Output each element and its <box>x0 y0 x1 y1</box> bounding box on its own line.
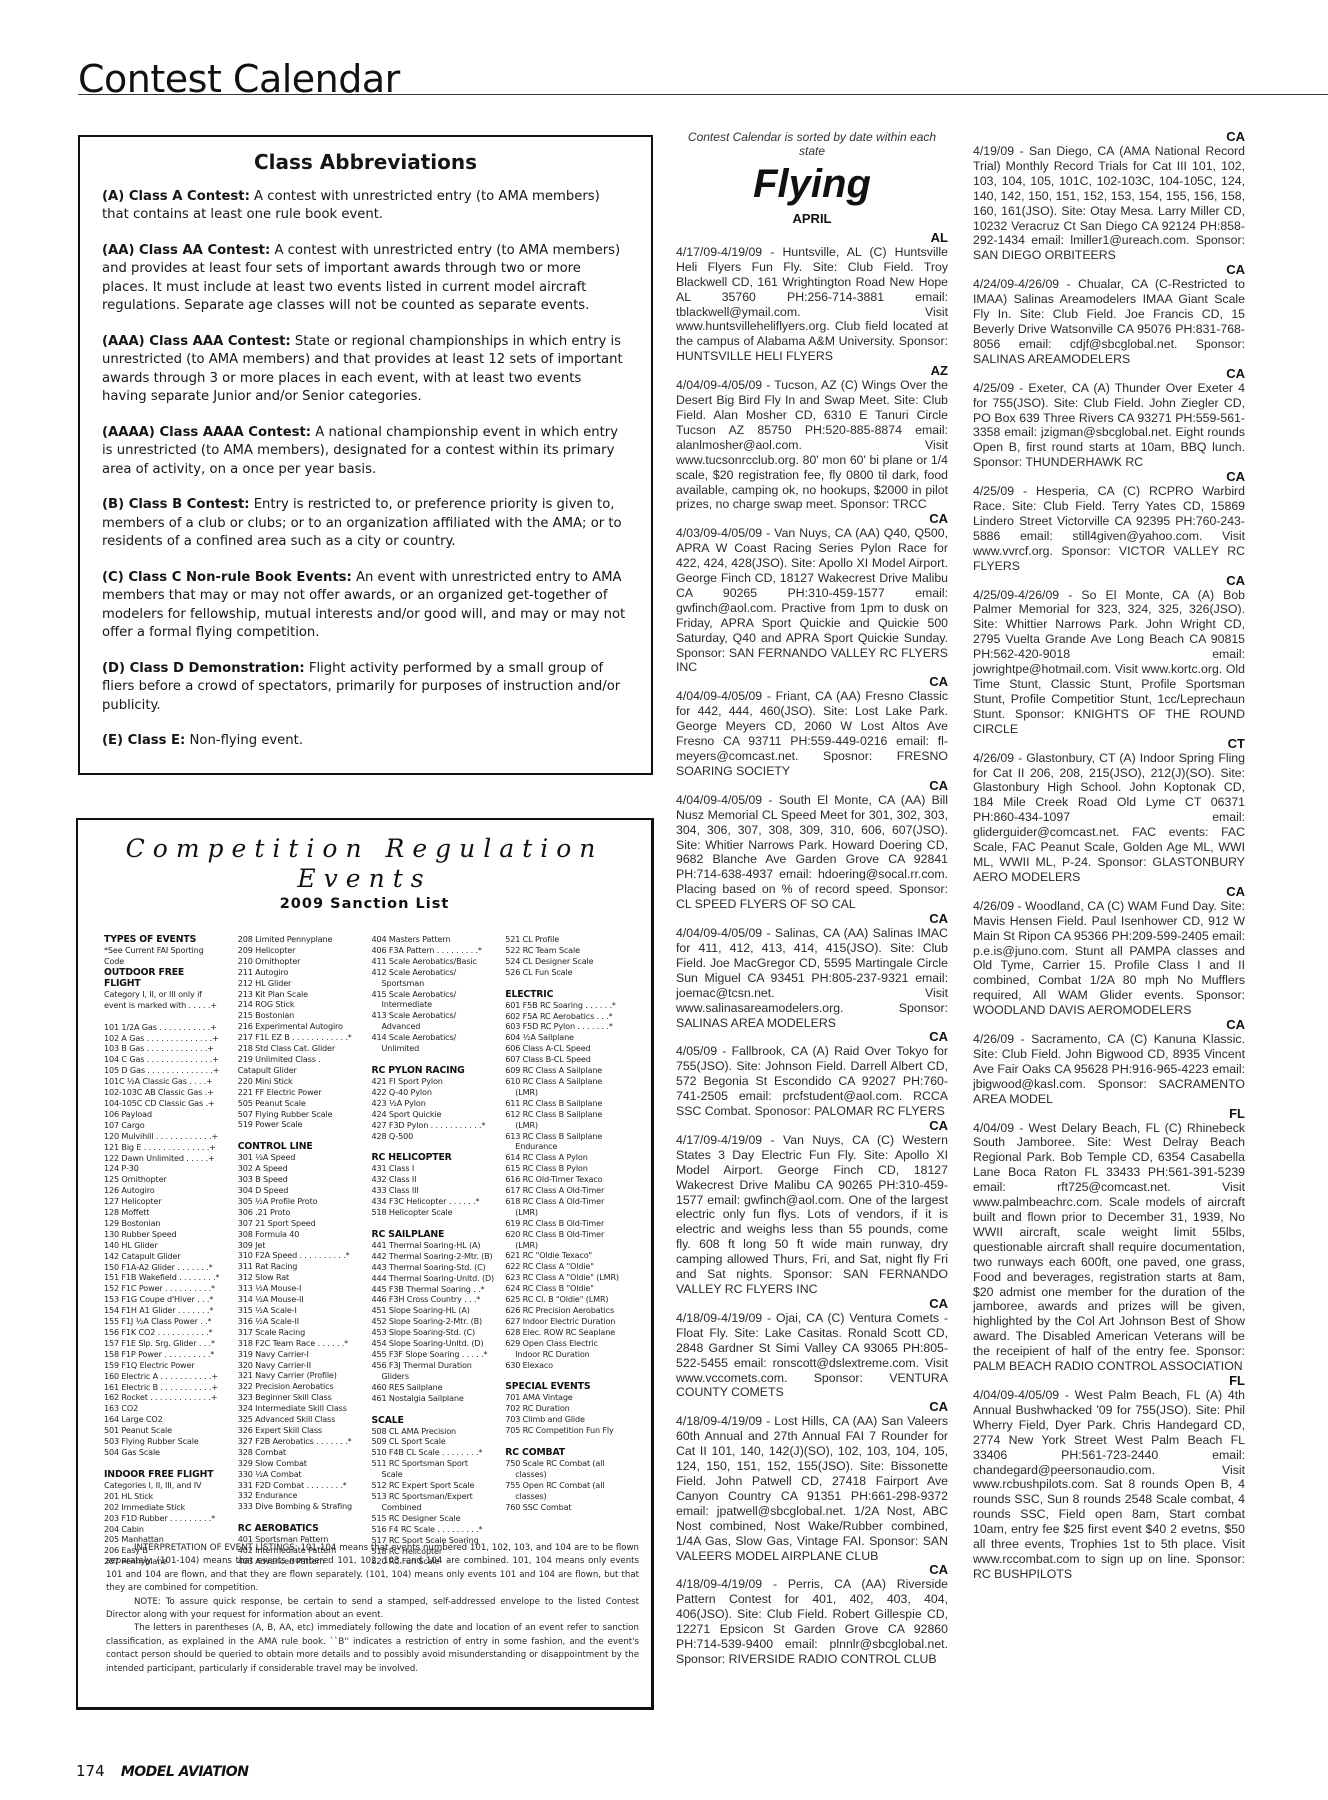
event-item: 130 Rubber Speed <box>104 1229 238 1240</box>
event-item: 326 Expert Skill Class <box>238 1425 372 1436</box>
sanction-list-columns: TYPES OF EVENTS*See Current FAI Sporting… <box>90 934 639 1567</box>
contest-entry-text: 4/18/09-4/19/09 - Ojai, CA (C) Ventura C… <box>676 1311 948 1400</box>
event-item: 622 RC Class A "Oldie" <box>505 1261 639 1272</box>
event-item: 321 Navy Carrier (Profile) <box>238 1370 372 1381</box>
event-item: 156 F1K CO2 . . . . . . . . . . .* <box>104 1327 238 1338</box>
contest-listing: CT4/26/09 - Glastonbury, CT (A) Indoor S… <box>973 737 1245 885</box>
event-listing-notes: INTERPRETATION OF EVENT LISTINGS: 101-10… <box>106 1542 639 1676</box>
contest-listing: CA4/25/09 - Hesperia, CA (C) RCPRO Warbi… <box>973 470 1245 573</box>
listings-column-right: CA4/19/09 - San Diego, CA (AMA National … <box>973 130 1245 1582</box>
event-item: Scale <box>372 1469 506 1480</box>
spacer <box>104 1458 238 1469</box>
event-category-heading: RC PYLON RACING <box>372 1065 506 1076</box>
event-item: classes) <box>505 1491 639 1502</box>
event-item: 625 RC Cl. B "Oldie" (LMR) <box>505 1294 639 1305</box>
event-item: 310 F2A Speed . . . . . . . . . .* <box>238 1250 372 1261</box>
event-item: 431 Class I <box>372 1163 506 1174</box>
state-label: CA <box>676 512 948 526</box>
event-item: 618 RC Class A Old-Timer <box>505 1196 639 1207</box>
contest-entry-text: 4/19/09 - San Diego, CA (AMA National Re… <box>973 144 1245 263</box>
note-paragraph: NOTE: To assure quick response, be certa… <box>106 1596 639 1623</box>
event-item: 209 Helicopter <box>238 945 372 956</box>
spacer <box>372 1404 506 1415</box>
event-item: 413 Scale Aerobatics/ <box>372 1010 506 1021</box>
event-item: 159 F1Q Electric Power <box>104 1360 238 1371</box>
class-term: (C) Class C Non-rule Book Events: <box>102 570 352 585</box>
state-label: CA <box>676 1119 948 1133</box>
contest-entry-text: 4/25/09-4/26/09 - So El Monte, CA (A) Bo… <box>973 588 1245 737</box>
event-item: 215 Bostonian <box>238 1010 372 1021</box>
class-term: (A) Class A Contest: <box>102 189 250 204</box>
event-category-heading: INDOOR FREE FLIGHT <box>104 1469 238 1480</box>
class-abbreviation-item: (AAAA) Class AAAA Contest: A national ch… <box>102 424 629 480</box>
event-item: 103 B Gas . . . . . . . . . . . . .+ <box>104 1043 238 1054</box>
event-item: 434 F3C Helicopter . . . . . .* <box>372 1196 506 1207</box>
contest-entry-text: 4/04/09-4/05/09 - Tucson, AZ (C) Wings O… <box>676 378 948 512</box>
event-item: 404 Masters Pattern <box>372 934 506 945</box>
contest-listing: CA4/18/09-4/19/09 - Perris, CA (AA) Rive… <box>676 1563 948 1666</box>
event-item: 512 RC Expert Sport Scale <box>372 1480 506 1491</box>
event-item: 613 RC Class B Sailplane <box>505 1131 639 1142</box>
event-item: 432 Class II <box>372 1174 506 1185</box>
event-item: 217 F1L EZ B . . . . . . . . . . . .* <box>238 1032 372 1043</box>
class-term: (AAA) Class AAA Contest: <box>102 334 291 349</box>
event-item: 623 RC Class A "Oldie" (LMR) <box>505 1272 639 1283</box>
event-item: 510 F4B CL Scale . . . . . . . .* <box>372 1447 506 1458</box>
contest-listing: CA4/03/09-4/05/09 - Van Nuys, CA (AA) Q4… <box>676 512 948 675</box>
contest-listing: CA4/04/09-4/05/09 - Friant, CA (AA) Fres… <box>676 675 948 778</box>
event-category-heading: ELECTRIC <box>505 989 639 1000</box>
event-item: 153 F1G Coupe d'Hiver . . .* <box>104 1294 238 1305</box>
event-category-heading: RC COMBAT <box>505 1447 639 1458</box>
listings-column-middle: Contest Calendar is sorted by date withi… <box>676 130 948 1667</box>
event-item: 330 ½A Combat <box>238 1469 372 1480</box>
event-item: 619 RC Class B Old-Timer <box>505 1218 639 1229</box>
state-label: CA <box>676 1563 948 1577</box>
class-abbreviation-item: (AA) Class AA Contest: A contest with un… <box>102 242 629 316</box>
state-label: CA <box>676 912 948 926</box>
event-item: 526 CL Fun Scale <box>505 967 639 978</box>
event-item: Categories I, II, III, and IV <box>104 1480 238 1491</box>
event-item: 319 Navy Carrier-I <box>238 1349 372 1360</box>
event-item: 415 Scale Aerobatics/ <box>372 989 506 1000</box>
event-item: 701 AMA Vintage <box>505 1392 639 1403</box>
contest-entry-text: 4/04/09-4/05/09 - Friant, CA (AA) Fresno… <box>676 689 948 778</box>
event-item: 306 .21 Proto <box>238 1207 372 1218</box>
contest-entry-text: 4/25/09 - Exeter, CA (A) Thunder Over Ex… <box>973 381 1245 470</box>
contest-entry-text: 4/17/09-4/19/09 - Van Nuys, CA (C) Weste… <box>676 1133 948 1297</box>
event-item: 151 F1B Wakefield . . . . . . . .* <box>104 1272 238 1283</box>
state-label: AZ <box>676 364 948 378</box>
event-item: 324 Intermediate Skill Class <box>238 1403 372 1414</box>
event-item: Gliders <box>372 1371 506 1382</box>
contest-entry-text: 4/26/09 - Sacramento, CA (C) Kanuna Klas… <box>973 1032 1245 1107</box>
event-item: 154 F1H A1 Glider . . . . . . .* <box>104 1305 238 1316</box>
event-item: Endurance <box>505 1141 639 1152</box>
contest-listing: CA4/25/09 - Exeter, CA (A) Thunder Over … <box>973 367 1245 470</box>
event-item: 451 Slope Soaring-HL (A) <box>372 1305 506 1316</box>
contest-listing: CA4/18/09-4/19/09 - Ojai, CA (C) Ventura… <box>676 1297 948 1400</box>
contest-entry-text: 4/04/09-4/05/09 - Salinas, CA (AA) Salin… <box>676 926 948 1030</box>
event-item: 121 Big E . . . . . . . . . . . . . .+ <box>104 1142 238 1153</box>
month-heading: APRIL <box>676 212 948 227</box>
class-abbreviation-item: (D) Class D Demonstration: Flight activi… <box>102 660 629 716</box>
event-item: 503 Flying Rubber Scale <box>104 1436 238 1447</box>
event-item: Category I, II, or III only if <box>104 989 238 1000</box>
page-footer: 174 MODEL AVIATION <box>76 1762 248 1780</box>
state-label: CA <box>973 470 1245 484</box>
event-item: 305 ½A Profile Proto <box>238 1196 372 1207</box>
event-item: 455 F3F Slope Soaring . . . . .* <box>372 1349 506 1360</box>
event-item: 428 Q-500 <box>372 1131 506 1142</box>
class-abbreviation-item: (A) Class A Contest: A contest with unre… <box>102 188 629 225</box>
event-item: 441 Thermal Soaring-HL (A) <box>372 1240 506 1251</box>
class-abbreviations-title: Class Abbreviations <box>102 153 629 172</box>
sort-note: Contest Calendar is sorted by date withi… <box>676 130 948 158</box>
event-item: 511 RC Sportsman Sport <box>372 1458 506 1469</box>
event-item: 328 Combat <box>238 1447 372 1458</box>
event-item: 601 F5B RC Soaring . . . . . .* <box>505 1000 639 1011</box>
event-item: 621 RC "Oldie Texaco" <box>505 1250 639 1261</box>
event-item: 303 B Speed <box>238 1174 372 1185</box>
sanction-column: 404 Masters Pattern406 F3A Pattern . . .… <box>372 934 506 1567</box>
state-label: CA <box>676 675 948 689</box>
class-definition: Non-flying event. <box>185 733 303 748</box>
spacer <box>372 1054 506 1065</box>
event-item: 127 Helicopter <box>104 1196 238 1207</box>
event-item: 219 Unlimited Class . <box>238 1054 372 1065</box>
event-item: 107 Cargo <box>104 1120 238 1131</box>
event-item: Indoor RC Duration <box>505 1349 639 1360</box>
event-item: 124 P-30 <box>104 1163 238 1174</box>
event-item: 122 Dawn Unlimited . . . . .+ <box>104 1153 238 1164</box>
event-item: Catapult Glider <box>238 1065 372 1076</box>
state-label: CA <box>973 130 1245 144</box>
section-title-flying: Flying <box>676 160 948 208</box>
event-item: 325 Advanced Skill Class <box>238 1414 372 1425</box>
event-item: 607 Class B-CL Speed <box>505 1054 639 1065</box>
event-item: 507 Flying Rubber Scale <box>238 1109 372 1120</box>
event-item: Sportsman <box>372 978 506 989</box>
event-item: 518 Helicopter Scale <box>372 1207 506 1218</box>
event-item: 203 F1D Rubber . . . . . . . . .* <box>104 1513 238 1524</box>
event-item: 602 F5A RC Aerobatics . . .* <box>505 1011 639 1022</box>
class-abbreviation-item: (C) Class C Non-rule Book Events: An eve… <box>102 569 629 643</box>
event-item: 445 F3B Thermal Soaring . .* <box>372 1284 506 1295</box>
spacer <box>238 1130 372 1141</box>
class-abbreviations-list: (A) Class A Contest: A contest with unre… <box>102 188 629 751</box>
contest-entry-text: 4/26/09 - Woodland, CA (C) WAM Fund Day.… <box>973 899 1245 1018</box>
contest-listing: AL4/17/09-4/19/09 - Huntsville, AL (C) H… <box>676 231 948 364</box>
contest-listing: CA4/24/09-4/26/09 - Chualar, CA (C-Restr… <box>973 263 1245 366</box>
state-label: FL <box>973 1107 1245 1121</box>
event-item: 630 Elexaco <box>505 1360 639 1371</box>
event-item: 433 Class III <box>372 1185 506 1196</box>
event-item: 142 Catapult Glider <box>104 1251 238 1262</box>
event-item: 521 CL Profile <box>505 934 639 945</box>
spacer <box>372 1141 506 1152</box>
event-item: 424 Sport Quickie <box>372 1109 506 1120</box>
event-item: 316 ½A Scale-II <box>238 1316 372 1327</box>
event-item: (LMR) <box>505 1240 639 1251</box>
event-item: 212 HL Glider <box>238 978 372 989</box>
note-paragraph: The letters in parentheses (A, B, AA, et… <box>106 1622 639 1676</box>
event-item: 129 Bostonian <box>104 1218 238 1229</box>
event-item: 161 Electric B . . . . . . . . . . .+ <box>104 1382 238 1393</box>
event-item: 164 Large CO2 <box>104 1414 238 1425</box>
event-item: 406 F3A Pattern . . . . . . . . .* <box>372 945 506 956</box>
event-item: 322 Precision Aerobatics <box>238 1381 372 1392</box>
state-label: CA <box>973 263 1245 277</box>
sanction-column: TYPES OF EVENTS*See Current FAI Sporting… <box>104 934 238 1567</box>
event-item: 220 Mini Stick <box>238 1076 372 1087</box>
event-item: 317 Scale Racing <box>238 1327 372 1338</box>
event-item: 128 Moffett <box>104 1207 238 1218</box>
contest-entry-text: 4/04/09 - West Delary Beach, FL (C) Rhin… <box>973 1121 1245 1374</box>
contest-listing: CA4/26/09 - Woodland, CA (C) WAM Fund Da… <box>973 885 1245 1018</box>
event-item: 201 HL Stick <box>104 1491 238 1502</box>
event-item: Advanced <box>372 1021 506 1032</box>
event-item: 202 Immediate Stick <box>104 1502 238 1513</box>
event-item: 452 Slope Soaring-2-Mtr. (B) <box>372 1316 506 1327</box>
event-item: Unlimited <box>372 1043 506 1054</box>
event-item: 627 Indoor Electric Duration <box>505 1316 639 1327</box>
event-item: 620 RC Class B Old-Timer <box>505 1229 639 1240</box>
state-label: CT <box>973 737 1245 751</box>
event-item: 610 RC Class A Sailplane <box>505 1076 639 1087</box>
class-abbreviations-box: Class Abbreviations (A) Class A Contest:… <box>78 135 653 775</box>
event-item: 314 ½A Mouse-II <box>238 1294 372 1305</box>
event-item: 163 CO2 <box>104 1403 238 1414</box>
contest-listing: FL4/04/09 - West Delary Beach, FL (C) Rh… <box>973 1107 1245 1374</box>
class-abbreviation-item: (AAA) Class AAA Contest: State or region… <box>102 333 629 407</box>
event-item: 522 RC Team Scale <box>505 945 639 956</box>
event-item: 603 F5D RC Pylon . . . . . . .* <box>505 1021 639 1032</box>
competition-events-box: Competition Regulation Events 2009 Sanct… <box>76 818 654 1710</box>
event-item: 323 Beginner Skill Class <box>238 1392 372 1403</box>
event-item: 104 C Gas . . . . . . . . . . . . . .+ <box>104 1054 238 1065</box>
event-item: 102-103C AB Classic Gas .+ <box>104 1087 238 1098</box>
event-item: 456 F3J Thermal Duration <box>372 1360 506 1371</box>
event-category-heading: RC SAILPLANE <box>372 1229 506 1240</box>
event-item: 606 Class A-CL Speed <box>505 1043 639 1054</box>
contest-entry-text: 4/24/09-4/26/09 - Chualar, CA (C-Restric… <box>973 277 1245 366</box>
event-item: 204 Cabin <box>104 1524 238 1535</box>
contest-listing: CA4/05/09 - Fallbrook, CA (A) Raid Over … <box>676 1030 948 1119</box>
state-label: AL <box>676 231 948 245</box>
state-label: CA <box>676 1297 948 1311</box>
title-rule <box>78 94 1328 95</box>
event-item: 104-105C CD Classic Gas .+ <box>104 1098 238 1109</box>
contest-entry-text: 4/18/09-4/19/09 - Lost Hills, CA (AA) Sa… <box>676 1414 948 1563</box>
event-item: 304 D Speed <box>238 1185 372 1196</box>
contest-entry-text: 4/26/09 - Glastonbury, CT (A) Indoor Spr… <box>973 751 1245 885</box>
event-item: 612 RC Class B Sailplane <box>505 1109 639 1120</box>
contest-listing: AZ4/04/09-4/05/09 - Tucson, AZ (C) Wings… <box>676 364 948 512</box>
event-item: Intermediate <box>372 999 506 1010</box>
contest-entry-text: 4/04/09-4/05/09 - South El Monte, CA (AA… <box>676 793 948 912</box>
event-item: 414 Scale Aerobatics/ <box>372 1032 506 1043</box>
competition-events-title: Competition Regulation Events <box>90 834 639 894</box>
contest-listing: CA4/26/09 - Sacramento, CA (C) Kanuna Kl… <box>973 1018 1245 1107</box>
event-item: 616 RC Old-Timer Texaco <box>505 1174 639 1185</box>
event-item: 750 Scale RC Combat (all <box>505 1458 639 1469</box>
event-item: 422 Q-40 Pylon <box>372 1087 506 1098</box>
event-item: 626 RC Precision Aerobatics <box>505 1305 639 1316</box>
state-label: FL <box>973 1374 1245 1388</box>
class-term: (E) Class E: <box>102 733 185 748</box>
contest-listing: CA4/19/09 - San Diego, CA (AMA National … <box>973 130 1245 263</box>
contest-entry-text: 4/03/09-4/05/09 - Van Nuys, CA (AA) Q40,… <box>676 526 948 675</box>
event-category-heading: SPECIAL EVENTS <box>505 1381 639 1392</box>
event-item: Code <box>104 956 238 967</box>
event-category-heading: TYPES OF EVENTS <box>104 934 238 945</box>
event-item: 508 CL AMA Precision <box>372 1426 506 1437</box>
contest-entry-text: 4/18/09-4/19/09 - Perris, CA (AA) Rivers… <box>676 1577 948 1666</box>
event-item: 158 F1P Power . . . . . . . . . .* <box>104 1349 238 1360</box>
event-item: 624 RC Class B "Oldie" <box>505 1283 639 1294</box>
event-item: 309 Jet <box>238 1240 372 1251</box>
class-term: (AA) Class AA Contest: <box>102 243 270 258</box>
event-category-heading: SCALE <box>372 1415 506 1426</box>
event-item: 313 ½A Mouse-I <box>238 1283 372 1294</box>
spacer <box>372 1218 506 1229</box>
event-item: 216 Experimental Autogiro <box>238 1021 372 1032</box>
event-category-heading: CONTROL LINE <box>238 1141 372 1152</box>
event-item: (LMR) <box>505 1120 639 1131</box>
event-item: 208 Limited Pennyplane <box>238 934 372 945</box>
event-item: 509 CL Sport Scale <box>372 1436 506 1447</box>
event-item: 443 Thermal Soaring-Std. (C) <box>372 1262 506 1273</box>
event-item: 629 Open Class Electric <box>505 1338 639 1349</box>
event-item: 615 RC Class B Pylon <box>505 1163 639 1174</box>
contest-list: CA4/19/09 - San Diego, CA (AMA National … <box>973 130 1245 1582</box>
event-item: 126 Autogiro <box>104 1185 238 1196</box>
state-label: CA <box>973 574 1245 588</box>
magazine-name: MODEL AVIATION <box>121 1764 249 1780</box>
event-item: event is marked with . . . . .+ <box>104 1000 238 1011</box>
event-item: 125 Ornithopter <box>104 1174 238 1185</box>
event-item: 150 F1A-A2 Glider . . . . . . .* <box>104 1262 238 1273</box>
event-item: 421 FI Sport Pylon <box>372 1076 506 1087</box>
state-label: CA <box>973 885 1245 899</box>
event-item: 703 Climb and Glide <box>505 1414 639 1425</box>
contest-listing: CA4/04/09-4/05/09 - South El Monte, CA (… <box>676 779 948 912</box>
event-item: 211 Autogiro <box>238 967 372 978</box>
event-item: 614 RC Class A Pylon <box>505 1152 639 1163</box>
event-item: 106 Payload <box>104 1109 238 1120</box>
event-item: 101C ½A Classic Gas . . . .+ <box>104 1076 238 1087</box>
note-paragraph: INTERPRETATION OF EVENT LISTINGS: 101-10… <box>106 1542 639 1596</box>
event-item: 454 Slope Soaring-Unltd. (D) <box>372 1338 506 1349</box>
class-term: (D) Class D Demonstration: <box>102 661 305 676</box>
event-item: 318 F2C Team Race . . . . . .* <box>238 1338 372 1349</box>
event-item: 315 ½A Scale-I <box>238 1305 372 1316</box>
event-item: 213 Kit Plan Scale <box>238 989 372 1000</box>
sanction-column: 208 Limited Pennyplane209 Helicopter210 … <box>238 934 372 1567</box>
event-item: classes) <box>505 1469 639 1480</box>
event-item: 702 RC Duration <box>505 1403 639 1414</box>
event-item: 308 Formula 40 <box>238 1229 372 1240</box>
event-item: 427 F3D Pylon . . . . . . . . . . .* <box>372 1120 506 1131</box>
sanction-list-subtitle: 2009 Sanction List <box>90 896 639 912</box>
page-number: 174 <box>76 1762 105 1780</box>
state-label: CA <box>676 1400 948 1414</box>
contest-entry-text: 4/05/09 - Fallbrook, CA (A) Raid Over To… <box>676 1044 948 1119</box>
event-item: 461 Nostalgia Sailplane <box>372 1393 506 1404</box>
event-item: 332 Endurance <box>238 1490 372 1501</box>
event-item: 442 Thermal Soaring-2-Mtr. (B) <box>372 1251 506 1262</box>
event-category-heading: RC HELICOPTER <box>372 1152 506 1163</box>
state-label: CA <box>676 779 948 793</box>
event-item: 102 A Gas . . . . . . . . . . . . . .+ <box>104 1033 238 1044</box>
event-item: 152 F1C Power . . . . . . . . . .* <box>104 1283 238 1294</box>
contest-entry-text: 4/25/09 - Hesperia, CA (C) RCPRO Warbird… <box>973 484 1245 573</box>
spacer <box>505 978 639 989</box>
event-item: Combined <box>372 1502 506 1513</box>
spacer <box>104 1011 238 1022</box>
event-item: 140 HL Glider <box>104 1240 238 1251</box>
event-item: 513 RC Sportsman/Expert <box>372 1491 506 1502</box>
event-item: 329 Slow Combat <box>238 1458 372 1469</box>
event-item: 411 Scale Aerobatics/Basic <box>372 956 506 967</box>
event-item: 320 Navy Carrier-II <box>238 1360 372 1371</box>
event-item: 505 Peanut Scale <box>238 1098 372 1109</box>
event-item: 162 Rocket . . . . . . . . . . . . .+ <box>104 1392 238 1403</box>
contest-listing: FL4/04/09-4/05/09 - West Palm Beach, FL … <box>973 1374 1245 1582</box>
spacer <box>238 1512 372 1523</box>
event-item: 604 ½A Sailplane <box>505 1032 639 1043</box>
event-item: 611 RC Class B Sailplane <box>505 1098 639 1109</box>
event-item: 755 Open RC Combat (all <box>505 1480 639 1491</box>
event-item: 705 RC Competition Fun Fly <box>505 1425 639 1436</box>
event-item: 327 F2B Aerobatics . . . . . . .* <box>238 1436 372 1447</box>
event-item: 155 F1J ½A Class Power . .* <box>104 1316 238 1327</box>
event-item: 312 Slow Rat <box>238 1272 372 1283</box>
contest-listing: CA4/18/09-4/19/09 - Lost Hills, CA (AA) … <box>676 1400 948 1563</box>
event-item: 412 Scale Aerobatics/ <box>372 967 506 978</box>
event-item: 516 F4 RC Scale . . . . . . . . .* <box>372 1524 506 1535</box>
event-item: 331 F2D Combat . . . . . . . .* <box>238 1480 372 1491</box>
event-item: 515 RC Designer Scale <box>372 1513 506 1524</box>
event-category-heading: FLIGHT <box>104 978 238 989</box>
event-item: 628 Elec. ROW RC Seaplane <box>505 1327 639 1338</box>
event-item: 423 ½A Pylon <box>372 1098 506 1109</box>
spacer <box>505 1436 639 1447</box>
state-label: CA <box>973 1018 1245 1032</box>
event-item: 501 Peanut Scale <box>104 1425 238 1436</box>
event-item: 444 Thermal Soaring-Unltd. (D) <box>372 1273 506 1284</box>
contest-entry-text: 4/17/09-4/19/09 - Huntsville, AL (C) Hun… <box>676 245 948 364</box>
event-item: 609 RC Class A Sailplane <box>505 1065 639 1076</box>
event-item: *See Current FAI Sporting <box>104 945 238 956</box>
event-item: 218 Std Class Cat. Glider <box>238 1043 372 1054</box>
state-label: CA <box>676 1030 948 1044</box>
sanction-column: 521 CL Profile522 RC Team Scale524 CL De… <box>505 934 639 1567</box>
state-label: CA <box>973 367 1245 381</box>
contest-list: AL4/17/09-4/19/09 - Huntsville, AL (C) H… <box>676 231 948 1667</box>
event-item: 157 F1E Slp. Srg. Glider . . .* <box>104 1338 238 1349</box>
event-item: 333 Dive Bombing & Strafing <box>238 1501 372 1512</box>
event-item: 504 Gas Scale <box>104 1447 238 1458</box>
class-term: (AAAA) Class AAAA Contest: <box>102 425 311 440</box>
event-item: (LMR) <box>505 1087 639 1098</box>
contest-entry-text: 4/04/09-4/05/09 - West Palm Beach, FL (A… <box>973 1388 1245 1582</box>
event-item: 214 ROG Stick <box>238 999 372 1010</box>
event-category-heading: OUTDOOR FREE <box>104 967 238 978</box>
event-item: 460 RES Sailplane <box>372 1382 506 1393</box>
contest-listing: CA4/25/09-4/26/09 - So El Monte, CA (A) … <box>973 574 1245 737</box>
